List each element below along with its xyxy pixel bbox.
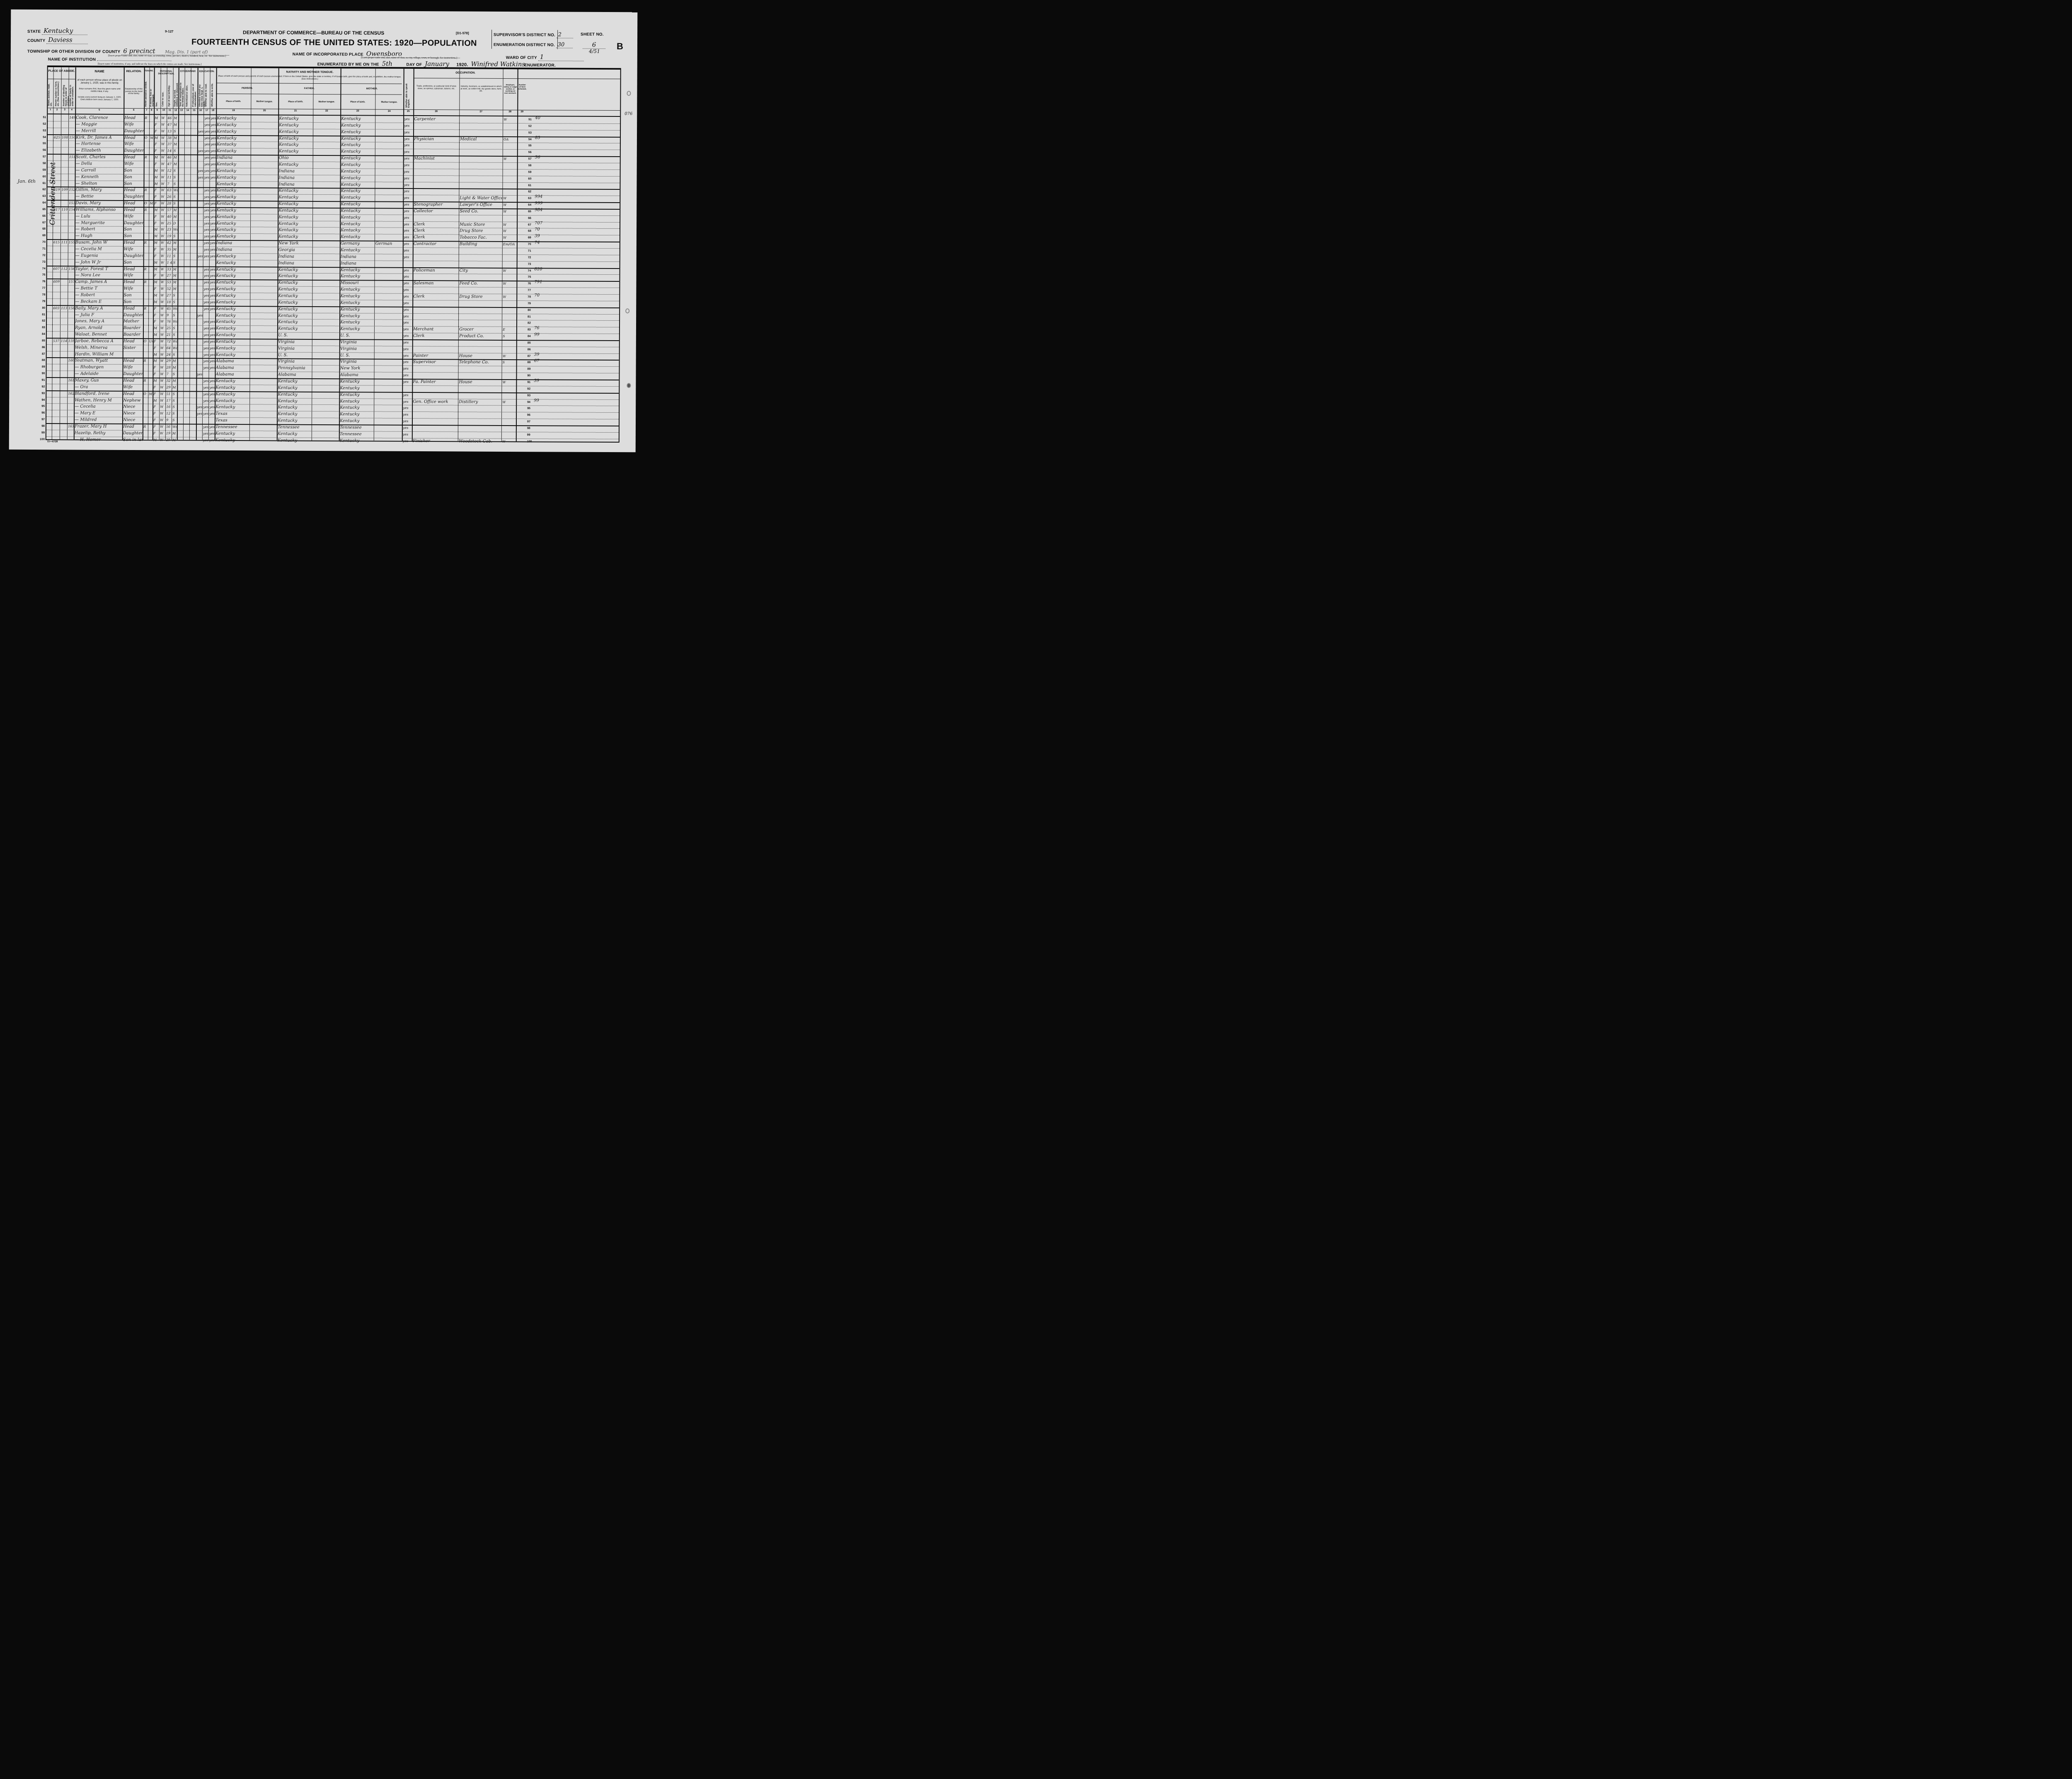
cell-marital: S xyxy=(172,391,177,397)
cell-marital: S xyxy=(173,128,178,135)
column-number: 19 xyxy=(216,109,251,112)
cell-dwelling xyxy=(60,324,68,331)
cell-race: W xyxy=(160,194,166,200)
margin-code: 791 xyxy=(534,280,542,284)
cell-owned xyxy=(149,154,154,161)
cell-name: — Julia F xyxy=(74,312,123,318)
cell-relation: Son xyxy=(123,233,143,240)
cell-school xyxy=(197,122,203,128)
cell-birth: Tennessee xyxy=(215,424,249,431)
line-number: 100 xyxy=(39,438,45,441)
institution-value xyxy=(97,61,172,61)
cell-write: yes xyxy=(208,385,215,391)
cell-family: 150 xyxy=(68,134,75,141)
cell-owned xyxy=(148,384,152,391)
margin-code: 67 xyxy=(534,359,540,363)
cell-trade: Finisher xyxy=(412,438,458,445)
cell-trade xyxy=(413,162,459,169)
cell-race: W xyxy=(160,161,167,167)
cell-employer xyxy=(503,176,517,182)
cell-trade xyxy=(412,287,458,293)
cell-industry xyxy=(458,366,502,373)
cell-read xyxy=(203,181,209,187)
cell-owned xyxy=(148,378,152,384)
line-number: 61 xyxy=(40,182,46,185)
cell-industry xyxy=(458,385,501,392)
cell-age: 47 xyxy=(167,161,173,167)
line-number-right: 57 xyxy=(528,157,532,160)
cell-industry: Light & Water Office xyxy=(459,195,502,202)
header-father: FATHER. xyxy=(278,87,340,90)
cell-marital: M xyxy=(172,430,177,437)
cell-family xyxy=(67,370,74,377)
cell-mother-tongue xyxy=(375,214,403,221)
cell-mother-tongue xyxy=(374,326,402,333)
cell-industry xyxy=(459,156,503,162)
cell-employer: W xyxy=(502,281,516,287)
line-number-right: 61 xyxy=(528,184,531,187)
cell-birth: Kentucky xyxy=(215,293,250,299)
line-number-right: 96 xyxy=(527,414,530,416)
sheet-number-value: 6 xyxy=(583,41,605,49)
cell-english: yes xyxy=(403,169,413,175)
cell-school xyxy=(197,247,203,253)
cell-family xyxy=(68,220,75,226)
cell-family xyxy=(67,410,74,417)
cell-industry xyxy=(458,431,501,438)
column-number: 27 xyxy=(459,110,503,113)
cell-industry xyxy=(458,307,502,313)
cell-sex: F xyxy=(152,410,159,417)
cell-home xyxy=(143,292,148,299)
cell-mother-birth: Kentucky xyxy=(340,142,375,149)
cell-trade xyxy=(412,346,458,353)
cell-school: yes xyxy=(197,167,203,174)
line-number: 83 xyxy=(39,326,45,329)
cell-race: W xyxy=(160,325,166,332)
cell-mother-birth: Kentucky xyxy=(339,274,374,280)
cell-race: W xyxy=(160,187,166,194)
cell-industry: City xyxy=(459,267,502,274)
cell-trade xyxy=(413,169,459,175)
cell-race: W xyxy=(160,174,167,181)
line-number-right: 80 xyxy=(528,309,531,312)
line-number-right: 68 xyxy=(528,230,531,233)
cell-employer xyxy=(502,346,516,353)
cell-marital: Wd xyxy=(172,227,178,233)
cell-birth: Kentucky xyxy=(215,266,250,273)
cell-age: 57 xyxy=(166,207,172,213)
margin-code: 70 xyxy=(535,228,540,232)
cell-age: 63 xyxy=(166,187,172,194)
cell-read: yes xyxy=(203,305,209,312)
cell-mother-tongue xyxy=(375,175,403,182)
cell-marital: Wd xyxy=(172,305,177,312)
line-number: 91 xyxy=(39,379,45,382)
cell-employer xyxy=(502,300,516,307)
cell-school xyxy=(196,385,202,391)
cell-dwelling xyxy=(61,174,68,180)
cell-school xyxy=(196,351,203,358)
cell-trade: Painter xyxy=(412,353,458,359)
cell-english: yes xyxy=(403,136,413,142)
cell-owned xyxy=(149,233,153,240)
cell-house xyxy=(52,298,60,305)
cell-employer xyxy=(501,386,516,392)
cell-sex: F xyxy=(152,404,159,411)
cell-house xyxy=(52,390,60,397)
line-number-right: 72 xyxy=(528,256,531,259)
line-number-right: 79 xyxy=(528,302,531,305)
cell-industry xyxy=(459,143,503,149)
cell-read: yes xyxy=(203,128,210,135)
cell-relation: Daughter xyxy=(123,312,143,318)
cell-read: yes xyxy=(203,161,210,168)
cell-sex: M xyxy=(153,279,160,286)
cell-family xyxy=(68,180,75,187)
cell-employer xyxy=(501,392,516,399)
date-annotation: Jan. 6th xyxy=(17,179,36,184)
cell-marital: Wd xyxy=(172,338,177,345)
line-number: 59 xyxy=(40,169,46,172)
margin-code: 820 xyxy=(535,267,542,271)
cell-industry xyxy=(459,182,502,189)
cell-mother-tongue xyxy=(375,168,403,175)
cell-father-birth: Kentucky xyxy=(277,398,312,404)
cell-marital: M xyxy=(172,437,177,443)
cell-name: — Kenneth xyxy=(75,174,123,180)
cell-mother-tongue xyxy=(374,306,402,313)
column-number: 22 xyxy=(313,110,340,112)
line-number-right: 83 xyxy=(528,328,531,331)
cell-write: yes xyxy=(209,351,215,358)
cell-read: yes xyxy=(203,266,209,273)
cell-family xyxy=(67,416,74,423)
line-number: 70 xyxy=(40,241,46,244)
margin-code: 39 xyxy=(535,234,540,239)
cell-father-birth: Indiana xyxy=(278,260,312,266)
cell-father-birth: Virginia xyxy=(277,358,312,365)
cell-english: yes xyxy=(402,287,412,293)
cell-read: yes xyxy=(203,351,209,358)
line-number-right: 63 xyxy=(528,197,531,200)
cell-relation: Mother xyxy=(123,318,143,325)
cell-mother-birth: Kentucky xyxy=(340,136,375,142)
cell-read: yes xyxy=(203,332,209,339)
cell-birth: Kentucky xyxy=(215,306,250,312)
cell-sex: M xyxy=(154,154,160,161)
cell-industry xyxy=(458,339,502,346)
cell-english: yes xyxy=(403,208,413,215)
cell-family xyxy=(67,404,74,410)
cell-name: Waloat, Bennet xyxy=(74,331,123,338)
cell-industry xyxy=(459,116,503,123)
cell-read: yes xyxy=(203,358,209,365)
cell-race: W xyxy=(159,437,165,443)
line-number: 99 xyxy=(39,431,45,434)
cell-dwelling xyxy=(61,128,68,134)
county-value: Daviess xyxy=(46,36,88,44)
cell-marital: M xyxy=(172,273,177,279)
cell-marital: S xyxy=(172,404,177,411)
cell-industry: Seed Co. xyxy=(459,208,502,215)
cell-sex: M xyxy=(152,437,159,443)
cell-name: — Bettie xyxy=(75,194,123,200)
cell-sex: F xyxy=(153,305,160,312)
cell-mother-tongue xyxy=(375,247,403,254)
cell-industry: Feed Co. xyxy=(458,281,502,287)
cell-mother-birth: Kentucky xyxy=(340,201,375,208)
cell-dwelling: 109 xyxy=(61,187,68,194)
cell-house: 615 xyxy=(53,239,61,246)
cell-employer: W xyxy=(502,267,517,274)
cell-family xyxy=(68,298,74,305)
cell-name: — H, Homer xyxy=(74,436,122,443)
cell-family xyxy=(68,160,75,167)
cell-sex: F xyxy=(152,384,159,391)
cell-mother-tongue xyxy=(375,182,403,188)
cell-read: yes xyxy=(203,253,209,260)
cell-father-birth: Pennsylvania xyxy=(277,365,312,372)
column-number: 20 xyxy=(251,109,278,112)
column-number: 7 xyxy=(144,109,149,111)
line-number: 75 xyxy=(40,274,46,276)
cell-english: yes xyxy=(403,254,413,261)
form-code: [D1-578] xyxy=(456,31,469,35)
line-number: 71 xyxy=(40,247,46,250)
cell-age: 72 xyxy=(166,338,172,345)
cell-read: yes xyxy=(203,247,209,253)
cell-race: W xyxy=(160,220,166,227)
cell-name: Hazelip, Rethy xyxy=(74,430,122,436)
cell-dwelling xyxy=(60,370,67,377)
cell-dwelling xyxy=(60,358,68,364)
cell-mother-birth: Kentucky xyxy=(339,378,374,385)
cell-employer: W xyxy=(502,294,516,300)
cell-mother-tongue xyxy=(375,267,403,274)
cell-name: — Adelaide xyxy=(74,371,122,378)
cell-family: 162 xyxy=(67,390,74,397)
cell-employer: E xyxy=(502,327,516,333)
cell-race: W xyxy=(159,371,165,378)
cell-english: yes xyxy=(402,379,412,385)
margin-code: 85 xyxy=(535,136,540,140)
cell-mother-birth: Kentucky xyxy=(340,188,375,195)
cell-name: — Mildred xyxy=(74,416,122,423)
line-number: 65 xyxy=(40,208,46,211)
cell-birth: Kentucky xyxy=(215,378,249,385)
header-mother: MOTHER. xyxy=(340,87,403,90)
cell-owned xyxy=(149,207,153,213)
cell-father-birth: Kentucky xyxy=(278,220,312,227)
cell-dwelling xyxy=(60,278,68,285)
cell-industry xyxy=(459,254,502,261)
cell-marital: M xyxy=(172,207,178,213)
column-number: 18 xyxy=(210,109,216,112)
cell-employer xyxy=(501,432,516,438)
cell-employer xyxy=(502,313,516,320)
cell-employer: W xyxy=(503,116,517,123)
cell-school xyxy=(197,181,203,187)
cell-race: W xyxy=(160,227,166,233)
cell-mother-birth: Kentucky xyxy=(340,247,375,254)
cell-trade xyxy=(412,365,458,372)
cell-age: 51 xyxy=(165,391,172,397)
header-place-of-abode: PLACE OF ABODE. xyxy=(48,70,75,73)
cell-owned xyxy=(149,161,154,167)
cell-father-birth: Kentucky xyxy=(278,188,312,194)
cell-father-birth: Ohio xyxy=(278,155,313,162)
cell-age: 42 xyxy=(166,240,172,246)
line-number: 67 xyxy=(40,221,46,224)
cell-owned xyxy=(149,213,153,220)
cell-marital: M xyxy=(172,240,178,247)
cell-read: yes xyxy=(203,135,210,141)
cell-industry: Building xyxy=(459,241,502,248)
cell-family xyxy=(68,351,74,358)
cell-read: yes xyxy=(203,115,210,122)
cell-school: yes xyxy=(197,174,203,181)
cell-father-birth: Kentucky xyxy=(277,312,312,319)
cell-name: Kirk, Dr. James A xyxy=(75,134,123,141)
cell-school xyxy=(197,201,203,207)
cell-school xyxy=(196,273,203,279)
cell-sex: M xyxy=(153,351,160,358)
cell-read: yes xyxy=(202,378,208,385)
line-number: 85 xyxy=(39,339,45,342)
cell-industry xyxy=(459,149,503,156)
cell-industry: Telephone Co. xyxy=(458,359,502,366)
cell-school xyxy=(196,299,203,305)
cell-relation: Wife xyxy=(123,161,144,167)
cell-school xyxy=(197,207,203,214)
cell-age: 52 xyxy=(166,286,172,292)
cell-relation: Daughter xyxy=(123,220,143,226)
cell-mother-birth: Missouri xyxy=(339,280,374,286)
cell-read: yes xyxy=(203,365,209,371)
cell-family: 156 xyxy=(68,266,75,272)
cell-industry: Distillery xyxy=(458,399,501,405)
cell-mother-birth: Kentucky xyxy=(340,194,375,201)
cell-read: yes xyxy=(202,397,208,404)
cell-age: 1 4/12 xyxy=(166,259,172,266)
line-number: 72 xyxy=(40,254,46,257)
line-number-right: 53 xyxy=(528,131,532,134)
cell-employer xyxy=(501,425,516,432)
cell-write: yes xyxy=(208,378,215,385)
cell-race: W xyxy=(159,424,165,430)
cell-age: 37 xyxy=(167,141,173,148)
cell-family xyxy=(67,397,74,404)
margin-code: 39 xyxy=(534,378,539,383)
cell-mother-birth: Kentucky xyxy=(340,234,375,240)
cell-father-birth: Kentucky xyxy=(278,142,313,148)
cell-age: 46 xyxy=(167,115,173,121)
cell-owned xyxy=(148,437,152,443)
cell-dwelling xyxy=(60,416,67,423)
cell-trade xyxy=(413,175,459,182)
cell-race: W xyxy=(159,397,165,404)
cell-home: O xyxy=(143,200,149,207)
cell-mother-birth: Virginia xyxy=(339,346,374,352)
line-number-right: 87 xyxy=(528,355,531,358)
cell-house xyxy=(52,364,60,370)
cell-owned: M xyxy=(148,391,152,397)
cell-trade xyxy=(413,142,459,149)
column-number: 25 xyxy=(403,110,413,113)
cell-family: 160 xyxy=(68,358,74,364)
cell-trade xyxy=(412,385,458,392)
cell-english: yes xyxy=(402,319,412,326)
cell-age: 56 xyxy=(165,424,172,430)
cell-home xyxy=(143,430,148,437)
cell-employer xyxy=(502,182,517,189)
line-number-right: 91 xyxy=(527,381,530,384)
column-number: 28 xyxy=(503,111,517,113)
cell-home xyxy=(143,345,148,351)
header-citizenship: CITIZENSHIP. xyxy=(179,70,198,73)
cell-sex: M xyxy=(153,325,160,332)
cell-mother-birth: Kentucky xyxy=(340,267,375,274)
cell-relation: Head xyxy=(123,358,143,364)
cell-school xyxy=(197,187,203,194)
cell-marital: M xyxy=(172,246,178,253)
cell-name: Maxey, Gus xyxy=(74,377,122,384)
census-sheet: STATE Kentucky COUNTY Daviess TOWNSHIP O… xyxy=(9,10,638,453)
cell-father-birth: Kentucky xyxy=(278,201,312,208)
cell-english: yes xyxy=(402,398,412,405)
cell-english: yes xyxy=(402,392,412,399)
cell-read: yes xyxy=(203,122,210,128)
cell-write: yes xyxy=(209,201,215,207)
cell-home: R xyxy=(144,115,149,121)
cell-industry: Lawyer's Office xyxy=(459,201,502,208)
cell-mother-tongue xyxy=(374,293,402,300)
margin-code: 76 xyxy=(534,326,540,330)
enumeration-district-value: 30 xyxy=(556,41,573,48)
cell-english: yes xyxy=(403,221,413,228)
cell-father-birth: Kentucky xyxy=(278,207,312,214)
cell-birth: Indiana xyxy=(215,240,250,247)
line-number-right: 56 xyxy=(528,151,532,154)
cell-home xyxy=(143,233,149,240)
cell-family xyxy=(68,226,75,233)
cell-marital: M xyxy=(173,141,178,148)
cell-school xyxy=(197,233,203,240)
cell-house xyxy=(53,121,61,128)
cell-trade xyxy=(412,411,458,418)
cell-owned xyxy=(148,364,153,371)
cell-mother-tongue xyxy=(375,234,403,241)
cell-dwelling xyxy=(60,351,68,358)
cell-dwelling xyxy=(60,390,67,397)
cell-owned xyxy=(149,174,154,181)
cell-birth: Kentucky xyxy=(216,168,251,174)
cell-race: W xyxy=(160,351,166,358)
cell-employer: W xyxy=(502,208,517,215)
cell-race: W xyxy=(160,181,166,187)
cell-trade: Clerk xyxy=(413,234,459,241)
punch-hole xyxy=(625,308,629,313)
cell-industry xyxy=(458,300,502,307)
cell-dwelling xyxy=(61,114,68,121)
cell-owned xyxy=(148,299,153,305)
cell-mother-tongue xyxy=(374,346,402,352)
cell-write: yes xyxy=(210,141,216,148)
cell-owned xyxy=(148,305,153,312)
line-number: 57 xyxy=(40,155,46,158)
cell-father-birth: Kentucky xyxy=(277,293,312,299)
